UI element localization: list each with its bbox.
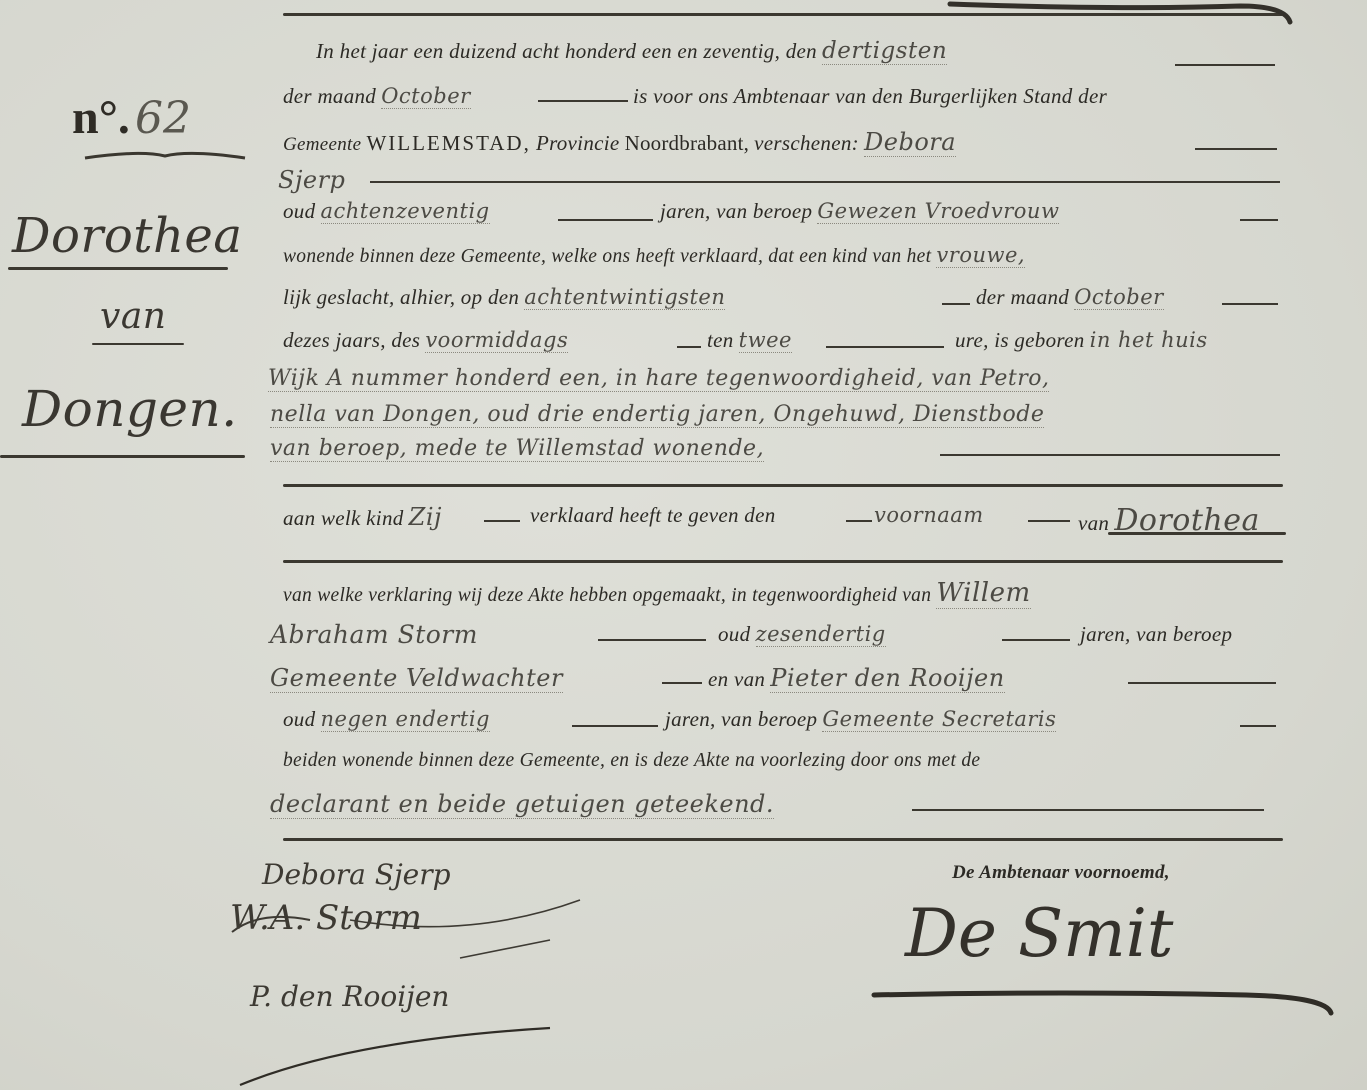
hand-birth-hour: twee <box>739 328 792 353</box>
hand-witness1-last-name: Abraham Storm <box>270 620 478 649</box>
fill-line <box>826 346 944 348</box>
fill-line <box>1128 682 1276 684</box>
fill-line <box>370 181 1280 183</box>
print-oud-3: oud <box>283 707 315 731</box>
line-12b: verklaard heeft te geven den <box>530 503 776 528</box>
hand-declarant-last-name: Sjerp <box>278 166 345 194</box>
hand-witness1-occupation: Gemeente Veldwachter <box>270 664 563 693</box>
fill-line <box>1175 64 1275 66</box>
line-15b: en van Pieter den Rooijen <box>708 664 1005 692</box>
signature-official: De Smit <box>905 895 1173 972</box>
print-is-geboren: ure, is geboren <box>955 328 1085 352</box>
section-rule-3 <box>283 838 1283 841</box>
print-jaren-beroep: jaren, van beroep <box>660 199 812 223</box>
hand-declarant-pronoun: Zij <box>409 503 442 531</box>
fill-line <box>1195 148 1277 150</box>
margin-rule-1 <box>8 267 228 270</box>
hand-mother-details: nella van Dongen, oud drie endertig jare… <box>270 402 1044 428</box>
line-5b: jaren, van beroep Gewezen Vroedvrouw <box>660 199 1059 224</box>
hand-birth-day: achtentwintigsten <box>524 285 725 310</box>
line-13: van welke verklaring wij deze Akte hebbe… <box>283 578 1031 608</box>
line-1: In het jaar een duizend acht honderd een… <box>316 38 947 64</box>
print-ambtenaar: is voor ons Ambtenaar van den Burgerlijk… <box>633 84 1107 109</box>
hand-voornaam: voornaam <box>874 503 984 527</box>
print-verschenen: verschenen: <box>754 131 859 155</box>
print-province: Noordbrabant, <box>625 131 749 155</box>
hand-registration-month: October <box>381 84 470 109</box>
hand-witness2-occupation: Gemeente Secretaris <box>822 707 1056 732</box>
print-municipality: WILLEMSTAD, <box>366 131 530 155</box>
fill-line <box>538 100 628 102</box>
fill-line <box>662 682 702 684</box>
hand-birth-address: Wijk A nummer honderd een, in hare tegen… <box>268 366 1049 392</box>
print-provincie: Provincie <box>536 131 620 155</box>
line-6: wonende binnen deze Gemeente, welke ons … <box>283 243 1025 268</box>
line-16b: jaren, van beroep Gemeente Secretaris <box>665 707 1056 732</box>
fill-line <box>598 639 706 641</box>
fill-line <box>912 809 1264 811</box>
hand-child-sex: vrouwe, <box>936 243 1025 268</box>
record-number-prefix: n°. <box>72 91 130 144</box>
print-verklaard: wonende binnen deze Gemeente, welke ons … <box>283 246 931 267</box>
top-flourish <box>940 0 1300 28</box>
margin-child-given-name: Dorothea <box>12 208 242 264</box>
line-5: oud achtenzeventig <box>283 199 490 224</box>
record-number-value: 62 <box>135 93 191 144</box>
fill-line <box>1222 303 1278 305</box>
print-oud-2: oud <box>718 622 750 646</box>
line-3: Gemeente WILLEMSTAD, Provincie Noordbrab… <box>283 128 956 156</box>
hand-declarant-first-name: Debora <box>864 128 956 157</box>
fill-line <box>1240 219 1278 221</box>
print-der-maand: der maand <box>283 84 376 108</box>
record-number-flourish <box>80 148 250 164</box>
hand-declarant-age: achtenzeventig <box>321 199 490 224</box>
line-16: oud negen endertig <box>283 707 490 732</box>
fill-line <box>942 303 970 305</box>
fill-line <box>940 454 1280 456</box>
print-van: van <box>1078 511 1109 535</box>
print-en-van: en van <box>708 667 765 691</box>
official-label: De Ambtenaar voornoemd, <box>952 862 1170 884</box>
line-12: aan welk kind Zij <box>283 503 442 531</box>
line-8c: ure, is geboren in het huis <box>955 328 1208 353</box>
line-7: lijk geslacht, alhier, op den achtentwin… <box>283 285 725 310</box>
margin-surname-prefix: van <box>100 296 167 337</box>
fill-line <box>1028 520 1070 522</box>
print-oud: oud <box>283 199 315 223</box>
fill-line <box>677 346 701 348</box>
margin-child-surname: Dongen. <box>22 380 238 438</box>
signature-witness2: P. den Rooijen <box>250 980 449 1013</box>
print-verklaring: van welke verklaring wij deze Akte hebbe… <box>283 585 931 606</box>
fill-line <box>1240 725 1276 727</box>
hand-declarant-occupation: Gewezen Vroedvrouw <box>817 199 1059 224</box>
print-der-maand-2: der maand <box>976 285 1069 309</box>
print-aan-welk-kind: aan welk kind <box>283 506 404 530</box>
fill-line <box>572 725 658 727</box>
signature-witness1-flourish <box>220 880 600 970</box>
given-name-underline <box>1108 532 1286 535</box>
line-8: dezes jaars, des voormiddags <box>283 328 568 353</box>
record-number: n°. 62 <box>72 90 191 145</box>
print-geslacht: lijk geslacht, alhier, op den <box>283 285 519 309</box>
fill-line <box>484 520 520 522</box>
line-7b: der maand October <box>976 285 1164 310</box>
line-14b: oud zesendertig <box>718 622 886 647</box>
hand-signed-by: declarant en beide getuigen geteekend. <box>270 790 774 819</box>
hand-birth-month: October <box>1074 285 1163 310</box>
print-closing: beiden wonende binnen deze Gemeente, en … <box>283 750 980 772</box>
margin-rule-2 <box>92 343 184 345</box>
hand-witness2-name: Pieter den Rooijen <box>770 664 1004 693</box>
section-rule-2 <box>283 560 1283 563</box>
hand-witness1-age: zesendertig <box>756 622 886 647</box>
hand-birth-place: in het huis <box>1090 328 1208 352</box>
fill-line <box>1002 639 1070 641</box>
hand-witness1-first-name: Willem <box>936 578 1030 609</box>
line-2: der maand October <box>283 84 471 109</box>
hand-mother-residence: van beroep, mede te Willemstad wonende, <box>270 436 764 462</box>
hand-witness2-age: negen endertig <box>321 707 490 732</box>
print-jaren-beroep-2: jaren, van beroep <box>1080 622 1232 647</box>
hand-registration-day: dertigsten <box>822 38 947 65</box>
print-ten: ten <box>707 328 734 352</box>
section-rule-1 <box>283 484 1283 487</box>
margin-rule-3 <box>0 455 245 458</box>
print-jaren-beroep-3: jaren, van beroep <box>665 707 817 731</box>
fill-line <box>846 520 872 522</box>
hand-part-of-day: voormiddags <box>425 328 568 353</box>
fill-line <box>558 219 653 221</box>
signature-official-flourish <box>866 985 1346 1025</box>
signature-witness2-flourish <box>230 1010 570 1090</box>
print-dezes-jaars: dezes jaars, des <box>283 328 420 352</box>
line-8b: ten twee <box>707 328 792 353</box>
print-gemeente: Gemeente <box>283 134 361 155</box>
print-verklaard-geven: verklaard heeft te geven den <box>530 503 776 527</box>
intro-text: In het jaar een duizend acht honderd een… <box>316 39 817 63</box>
